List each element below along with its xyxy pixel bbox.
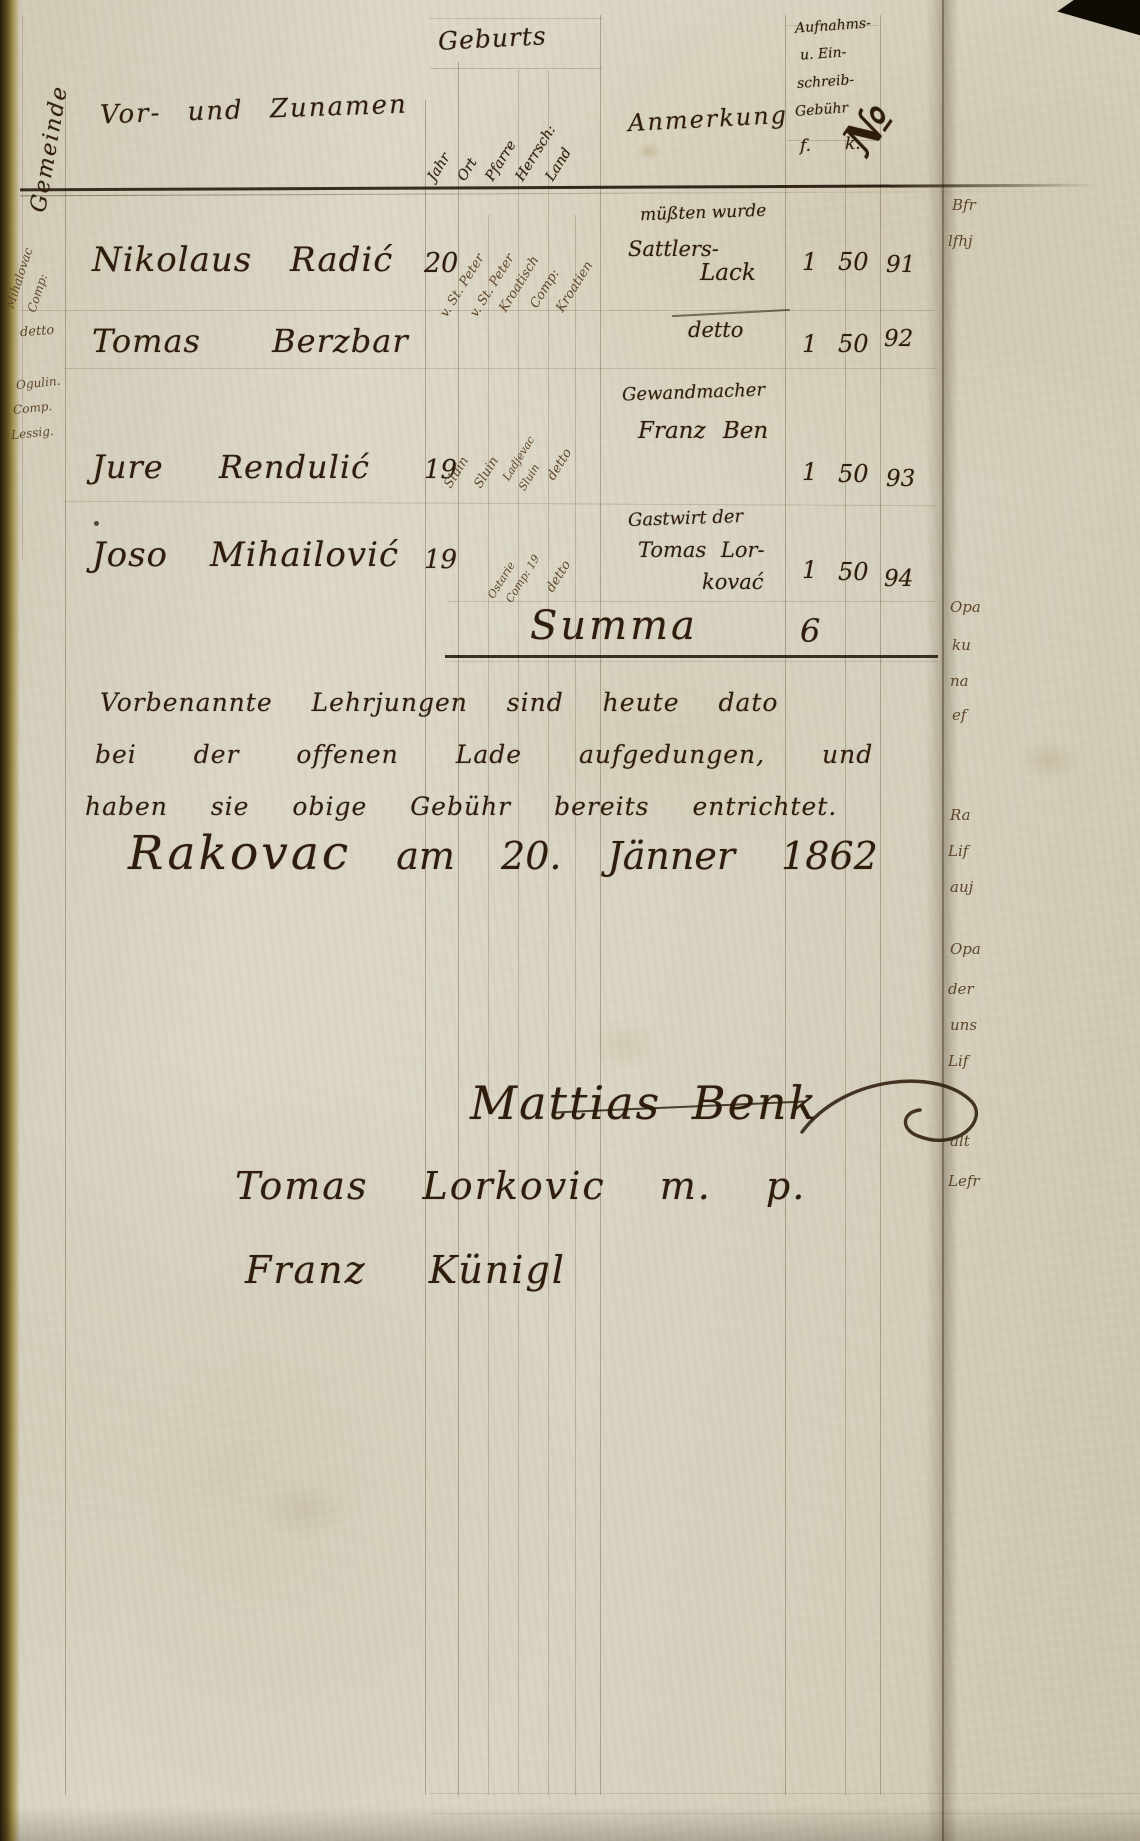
birth-box-top	[430, 18, 602, 19]
right-page-fragment: Opa	[950, 598, 981, 616]
row3-number: 93	[886, 466, 915, 492]
row2-fee-florin: 1	[802, 330, 817, 358]
fee-header-line-3: schreib-	[797, 72, 855, 92]
right-page-fragment: alt	[950, 1132, 970, 1150]
rule-birth-2	[488, 215, 489, 1795]
paper-stain	[636, 142, 662, 160]
row1-remark-line1: müßten wurde	[640, 201, 767, 225]
rule-birth-1	[458, 62, 459, 1795]
summa-underline-heavy	[445, 655, 938, 658]
row4-fee-kreuzer: 50	[838, 558, 869, 586]
fee-header-line-1: Aufnahms-	[795, 15, 872, 36]
row1-fee-florin: 1	[802, 248, 817, 276]
right-page-fragment: Opa	[950, 940, 981, 958]
right-page-fragment: Lif	[948, 1052, 968, 1070]
rule-name-left	[65, 95, 66, 1795]
row3-name: Jure Rendulić	[92, 448, 370, 486]
row-separator-3	[65, 501, 935, 507]
row4-fee-florin: 1	[802, 556, 817, 584]
right-page-fragment: lfhj	[948, 232, 973, 250]
dateline-rest: am 20. Jänner 1862	[396, 834, 878, 878]
row4-number: 94	[884, 566, 913, 592]
rule-fee-mid	[845, 140, 846, 1795]
paper-stain	[260, 1480, 350, 1540]
register-page-scan: Gemeinde Vor- und Zunamen Geburts Jahr O…	[0, 0, 1140, 1841]
rule-birth-5	[575, 215, 576, 1795]
row2-remark-line1: detto	[688, 318, 743, 342]
attestation-line-2: bei der offenen Lade aufgedungen, und	[95, 740, 873, 769]
birth-subheader-jahr: Jahr	[424, 150, 453, 184]
rule-birth-3	[518, 70, 519, 1795]
row3-remark-line1: Gewandmacher	[622, 380, 766, 406]
dark-corner-top-right	[1048, 0, 1140, 64]
right-page-fragment: ef	[952, 706, 966, 724]
right-page-fragment: Bfr	[952, 196, 976, 214]
row1-age: 20	[424, 248, 458, 279]
row4-age: 19	[424, 545, 457, 575]
right-page-fragment: Lefr	[948, 1172, 980, 1190]
name-column-header: Vor- und Zunamen	[100, 90, 409, 131]
right-page-fragment: auj	[950, 878, 973, 896]
bottom-page-shadow	[0, 1806, 1140, 1841]
bottom-rule-1	[430, 1793, 1140, 1794]
signature-2: Tomas Lorkovic m. p.	[235, 1164, 806, 1208]
row1-remark-line3: Lack	[700, 260, 756, 286]
signature-3: Franz Künigl	[245, 1248, 566, 1292]
summa-label: Summa	[530, 603, 698, 649]
row2-margin-line1: detto	[20, 323, 55, 340]
row1-number: 91	[886, 252, 915, 278]
row2-name: Tomas Berzbar	[92, 322, 409, 360]
row4-remark-line3: kovać	[702, 570, 764, 594]
right-page-fragment: Ra	[950, 806, 971, 824]
row2-fee-kreuzer: 50	[838, 330, 869, 358]
signature-1-paraph-flourish	[790, 1060, 1000, 1170]
row3-birth-entry-2: Sluin	[471, 454, 502, 491]
right-page-fragment: uns	[950, 1016, 977, 1034]
right-page-fragment: Lif	[948, 842, 968, 860]
birth-box-bottom	[430, 68, 602, 69]
rule-fee-left	[785, 15, 786, 1795]
rule-number-left	[880, 15, 881, 1795]
summa-underline-thin	[445, 661, 938, 662]
row-separator-4	[448, 601, 935, 602]
row4-name: Joso Mihailović	[92, 535, 399, 575]
right-page-fragment: na	[950, 672, 969, 690]
rule-remark-left	[600, 15, 601, 1795]
bottom-rule-2	[430, 1813, 1140, 1814]
row3-margin-line2: Comp.	[12, 399, 53, 417]
remark-column-header: Anmerkung	[627, 101, 788, 137]
row4-remark-line2: Tomas Lor-	[638, 538, 765, 562]
fee-unit-florin: f.	[800, 136, 811, 156]
row1-remark-line2: Sattlers-	[628, 237, 719, 261]
fee-header-line-2: u. Ein-	[799, 44, 846, 63]
row3-remark-line2: Franz Ben	[638, 418, 768, 444]
attestation-line-3: haben sie obige Gebühr bereits entrichte…	[85, 792, 837, 821]
row4-remark-line1: Gastwirt der	[628, 506, 744, 531]
paper-stain	[1020, 740, 1080, 780]
summa-value: 6	[800, 612, 820, 650]
ink-speck	[94, 521, 99, 526]
attestation-line-1: Vorbenannte Lehrjungen sind heute dato	[100, 688, 778, 717]
birth-group-header: Geburts	[437, 21, 547, 56]
row1-margin-line2: Comp:	[25, 272, 51, 314]
row3-margin-line3: Lessig.	[10, 424, 54, 442]
dateline-place: Rakovac	[128, 826, 351, 881]
row-separator-2	[65, 368, 935, 369]
fee-header-line-4: Gebühr	[795, 100, 849, 120]
row1-name: Nikolaus Radić	[92, 240, 393, 280]
page-fold-line	[942, 0, 944, 1841]
row3-fee-kreuzer: 50	[838, 460, 869, 488]
rule-birth-4	[548, 70, 549, 1795]
right-page-fragment: der	[948, 980, 974, 998]
row1-fee-kreuzer: 50	[838, 248, 869, 276]
right-page-fragment: ku	[952, 636, 971, 654]
dateline: Rakovac am 20. Jänner 1862	[128, 826, 878, 881]
rule-name-right	[425, 100, 426, 1795]
row3-fee-florin: 1	[802, 458, 817, 486]
row2-number: 92	[884, 326, 913, 352]
